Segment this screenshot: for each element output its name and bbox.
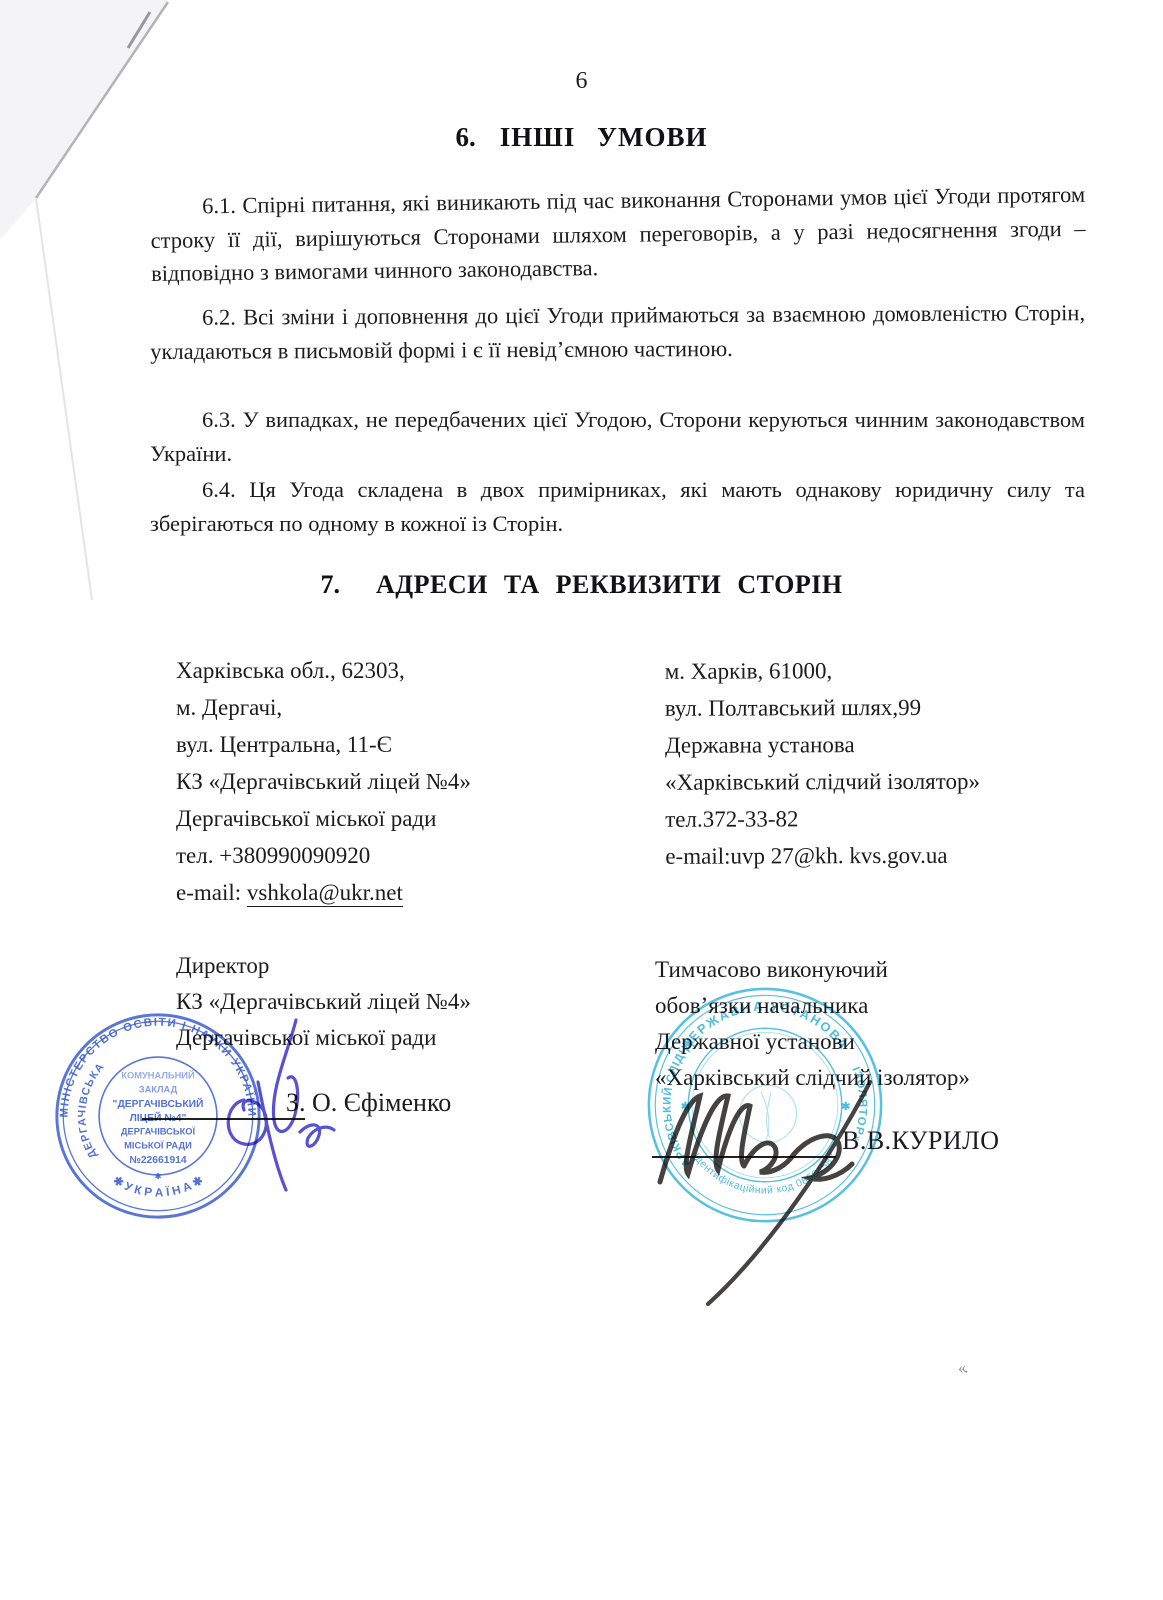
address-line: вул. Полтавський шлях,99 (665, 688, 1115, 727)
section-7-number: 7. (320, 570, 340, 599)
stamp-center-line: "ДЕРГАЧІВСЬКИЙ (113, 1097, 204, 1110)
signatory-title-sizo: Тимчасово виконуючий обов’язки начальник… (655, 952, 1085, 1096)
clause-6-2: 6.2. Всі зміни і доповнення до цієї Угод… (150, 296, 1085, 368)
email-line: e-mail:uvp 27@kh. kvs.gov.ua (665, 836, 1115, 875)
signatory-line: «Харківський слідчий ізолятор» (655, 1060, 1085, 1096)
stamp-center-line: КОМУНАЛЬНИЙ (121, 1070, 195, 1081)
scan-smudge: «. (957, 1360, 967, 1379)
address-line: «Харківський слідчий ізолятор» (665, 762, 1115, 801)
address-line: вул. Центральна, 11-Є (176, 726, 646, 763)
stamp-ring-mid: ДЕРГАЧІВСЬКА (76, 1060, 107, 1160)
signatory-line: Державної установи (655, 1024, 1085, 1060)
clause-6-3: 6.3. У випадках, не передбачених цієї Уг… (150, 403, 1085, 470)
clause-6-4: 6.4. Ця Угода складена в двох примірника… (150, 473, 1085, 540)
address-line: КЗ «Дергачівський ліцей №4» (176, 763, 646, 800)
section-7-heading: 7.АДРЕСИ ТА РЕКВИЗИТИ СТОРІН (0, 570, 1163, 600)
svg-text:ДЕРГАЧІВСЬКА: ДЕРГАЧІВСЬКА (76, 1060, 107, 1160)
address-block-sizo: м. Харків, 61000, вул. Полтавський шлях,… (665, 651, 1116, 875)
address-line: тел. +380990090920 (176, 837, 646, 874)
section-6-heading: 6.ІНШІ УМОВИ (0, 122, 1163, 153)
signatory-line: Дергачівської міської ради (176, 1020, 606, 1056)
section-6-number: 6. (456, 122, 476, 152)
address-line: м. Дергачі, (176, 689, 646, 726)
stamp-star: ✱ (841, 1101, 850, 1113)
signatory-line: Тимчасово виконуючий (655, 952, 1085, 988)
email-label: e-mail: (176, 880, 247, 905)
signature-line-left (142, 1118, 305, 1120)
address-line: Харківська обл., 62303, (176, 652, 646, 689)
stamp-center-line: ЗАКЛАД (139, 1084, 178, 1094)
signatory-name-sizo: В.В.КУРИЛО (842, 1126, 1000, 1156)
svg-text:Ідентифікаційний код 08564587: Ідентифікаційний код 08564587 (690, 1151, 839, 1196)
signatory-line: КЗ «Дергачівський ліцей №4» (176, 984, 606, 1020)
stamp-star: ✱ (155, 1172, 162, 1181)
stamp-center-line: №22661914 (129, 1155, 187, 1166)
email-value: vshkola@ukr.net (247, 880, 403, 907)
stamp-center-line: МІСЬКОЇ РАДИ (124, 1140, 192, 1150)
stamp-ring-bottom: ✱ У К Р А Ї Н А ✱ (111, 1174, 206, 1200)
page-number: 6 (0, 68, 1163, 95)
clause-6-1: 6.1. Спірні питання, які виникають під ч… (150, 178, 1086, 291)
address-line: м. Харків, 61000, (665, 651, 1115, 690)
address-block-school: Харківська обл., 62303, м. Дергачі, вул.… (176, 652, 646, 911)
signature-line-right (652, 1156, 836, 1158)
stamp-center-line: ДЕРГАЧІВСЬКОЇ (121, 1127, 196, 1137)
head-signature (630, 1060, 970, 1320)
stamp-star: ✱ (681, 1101, 690, 1113)
email-line: e-mail: vshkola@ukr.net (176, 874, 646, 911)
signatory-name-school: З. О. Єфіменко (286, 1088, 451, 1118)
svg-text:✱ У К Р А Ї Н А ✱: ✱ У К Р А Ї Н А ✱ (111, 1174, 206, 1200)
address-line: Державна установа (665, 725, 1115, 764)
scanned-contract-page: 6 6.ІНШІ УМОВИ 6.1. Спірні питання, які … (0, 0, 1163, 1600)
signatory-line: обов’язки начальника (655, 988, 1085, 1024)
address-line: Дергачівської міської ради (176, 800, 646, 837)
section-6-title: ІНШІ УМОВИ (500, 122, 708, 152)
signatory-title-school: Директор КЗ «Дергачівський ліцей №4» Дер… (176, 948, 606, 1056)
signatory-line: Директор (176, 948, 606, 984)
stamp-ring-bottom: Ідентифікаційний код 08564587 (690, 1151, 839, 1196)
section-7-title: АДРЕСИ ТА РЕКВИЗИТИ СТОРІН (376, 570, 843, 599)
address-line: тел.372-33-82 (665, 799, 1115, 838)
